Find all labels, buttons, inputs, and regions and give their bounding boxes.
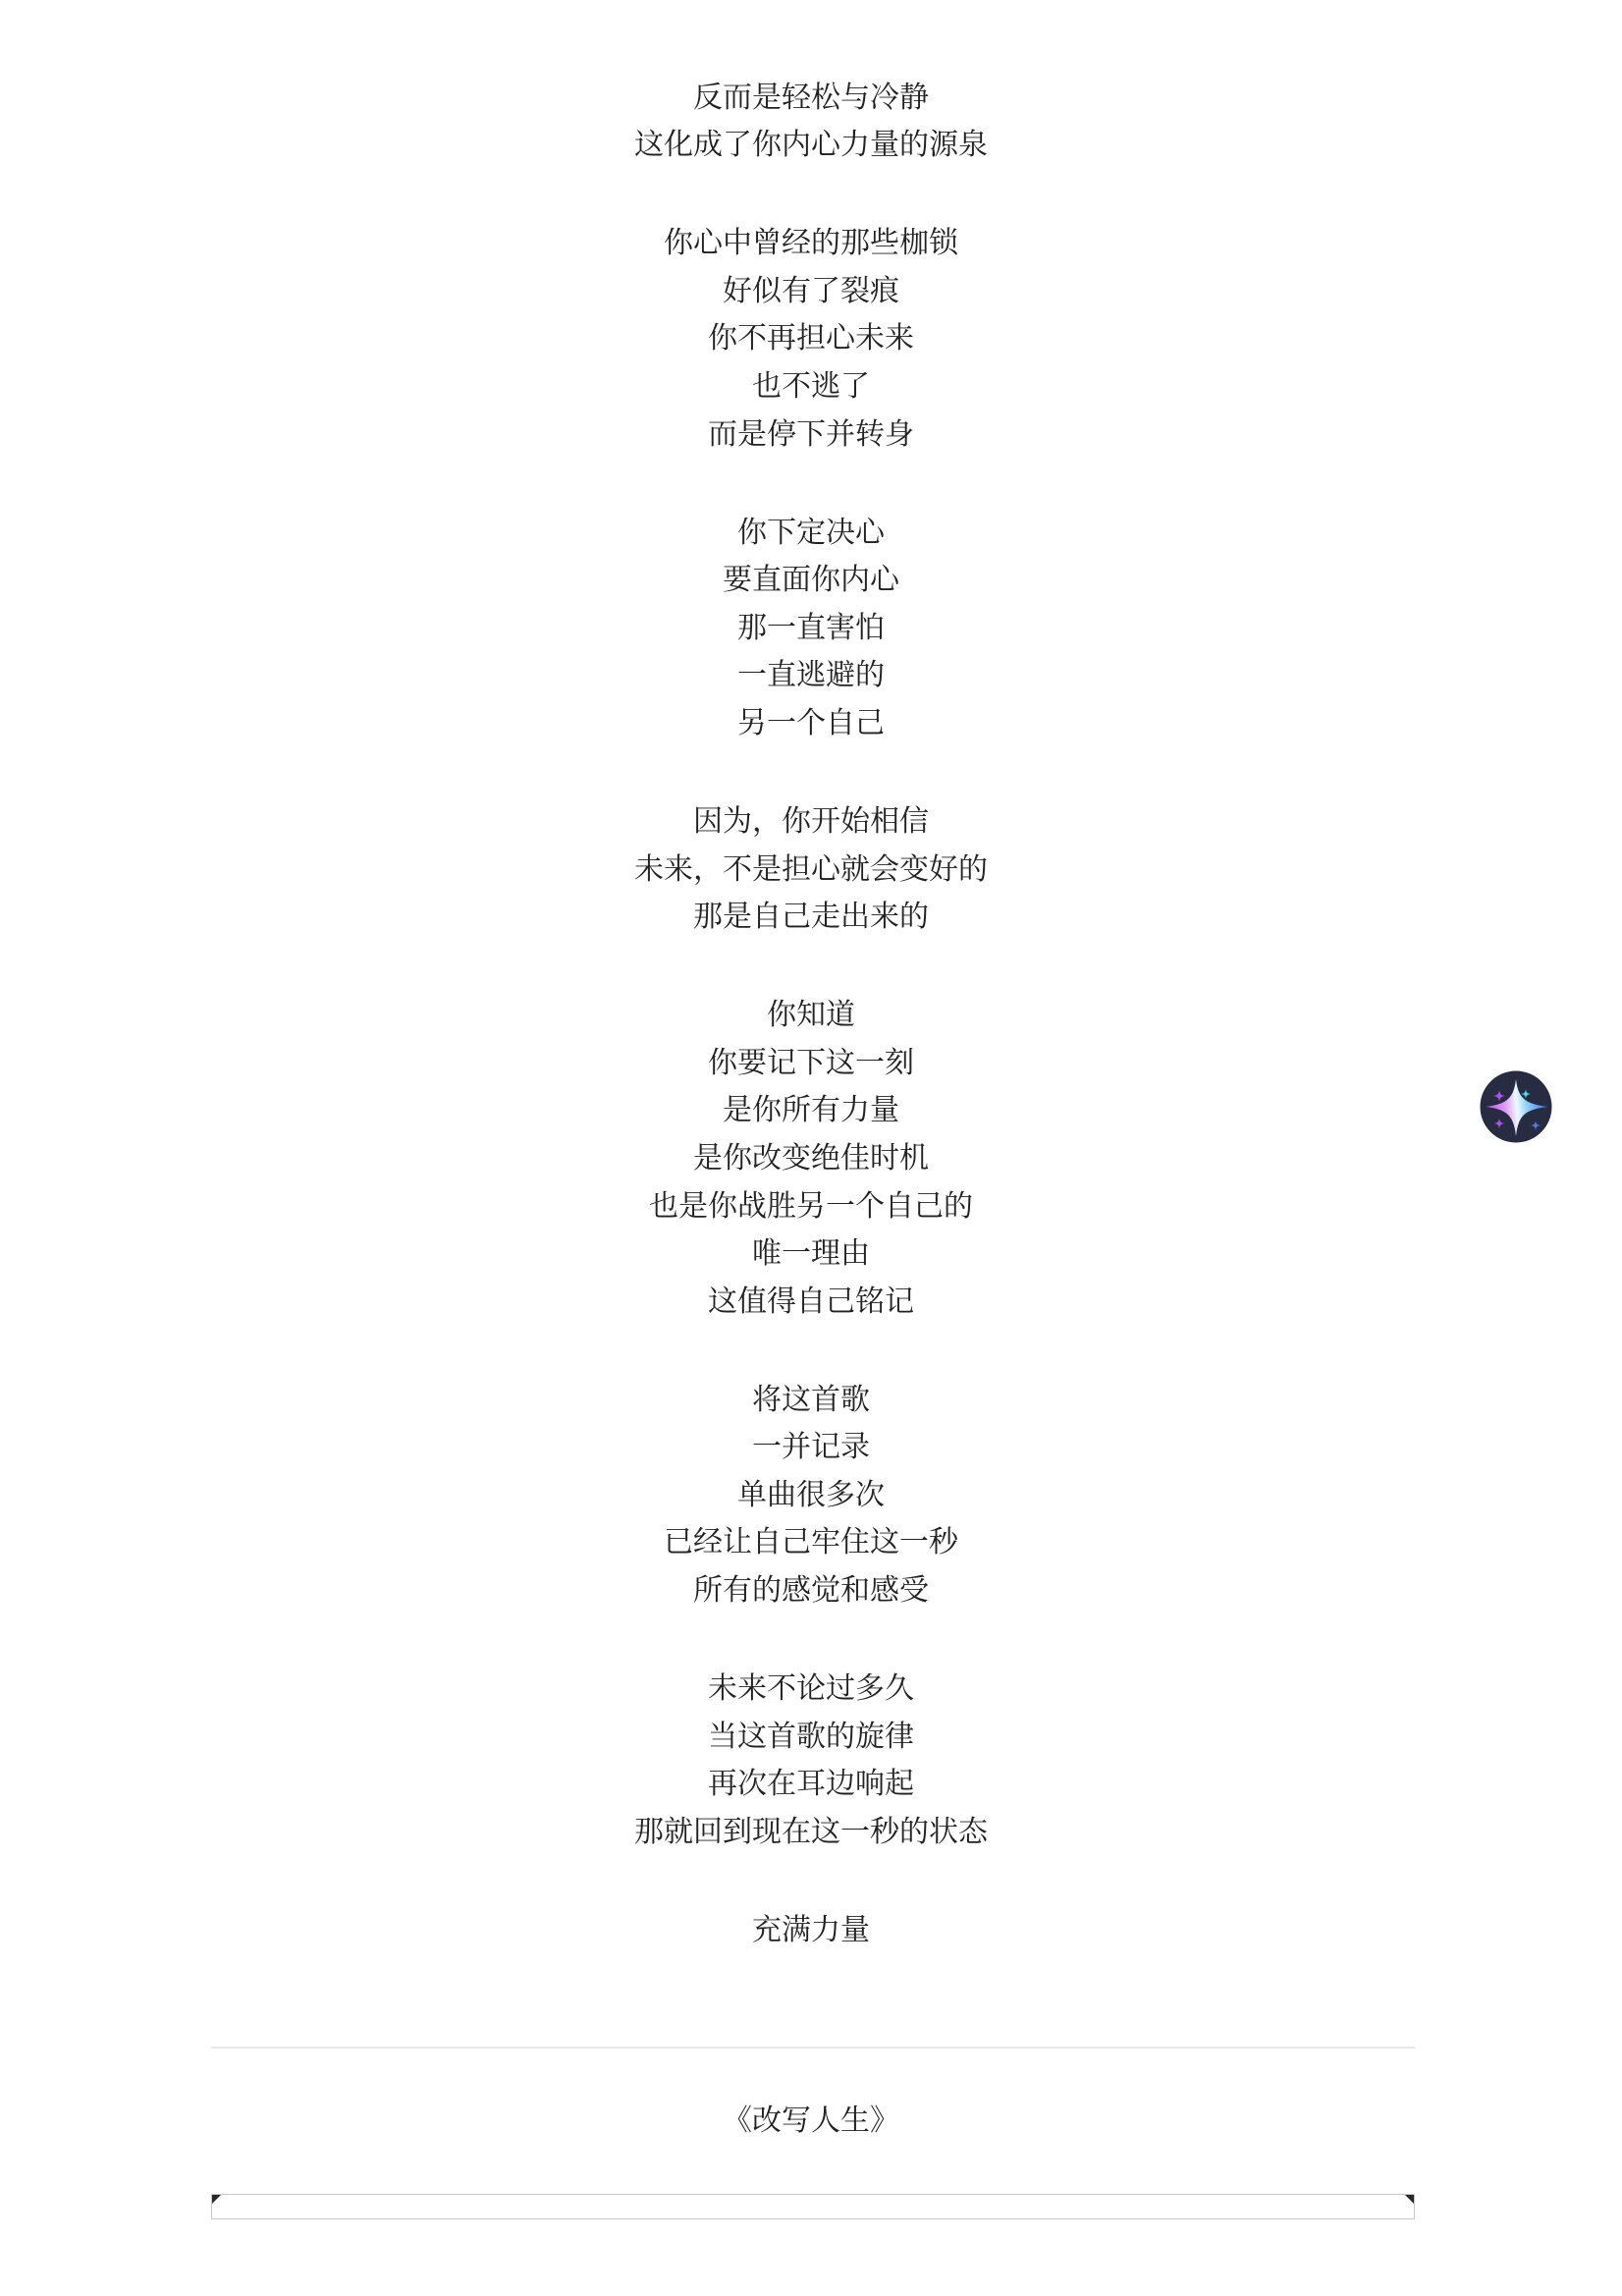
lyric-line: 反而是轻松与冷静: [0, 75, 1622, 123]
lyric-line: 也不逃了: [0, 363, 1622, 411]
lyric-line: 未来，不是担心就会变好的: [0, 847, 1622, 895]
lyric-line: 唯一理由: [0, 1230, 1622, 1279]
lyric-line: 再次在耳边响起: [0, 1761, 1622, 1809]
lyric-line: 那一直害怕: [0, 605, 1622, 653]
lyric-line: 这化成了你内心力量的源泉: [0, 122, 1622, 170]
lyric-line: 是你改变绝佳时机: [0, 1135, 1622, 1183]
lyric-line: 那是自己走出来的: [0, 894, 1622, 942]
stanza: 充满力量: [0, 1907, 1622, 1955]
lyric-line: 因为，你开始相信: [0, 798, 1622, 847]
lyric-line: 将这首歌: [0, 1377, 1622, 1425]
song-title: 《改写人生》: [0, 2098, 1622, 2145]
corner-mark-top-right-icon: [1405, 2195, 1414, 2204]
lyric-line: 而是停下并转身: [0, 411, 1622, 460]
lyric-line: 单曲很多次: [0, 1472, 1622, 1520]
lyric-line: 一并记录: [0, 1424, 1622, 1472]
stanza: 未来不论过多久当这首歌的旋律再次在耳边响起那就回到现在这一秒的状态: [0, 1666, 1622, 1856]
lyric-line: 也是你战胜另一个自己的: [0, 1183, 1622, 1231]
lyric-line: 那就回到现在这一秒的状态: [0, 1809, 1622, 1857]
lyric-line: 是你所有力量: [0, 1087, 1622, 1135]
stanza: 反而是轻松与冷静这化成了你内心力量的源泉: [0, 75, 1622, 170]
lyric-line: 一直逃避的: [0, 652, 1622, 700]
stanza: 你心中曾经的那些枷锁好似有了裂痕你不再担心未来也不逃了而是停下并转身: [0, 220, 1622, 459]
ai-assistant-button[interactable]: [1480, 1070, 1552, 1143]
lyric-line: 充满力量: [0, 1907, 1622, 1955]
lyric-line: 所有的感觉和感受: [0, 1567, 1622, 1615]
page: { "page": { "background": "#ffffff", "te…: [0, 0, 1622, 2296]
stanza: 将这首歌一并记录单曲很多次已经让自己牢住这一秒所有的感觉和感受: [0, 1377, 1622, 1615]
lyric-line: 这值得自己铭记: [0, 1279, 1622, 1327]
lyric-line: 你下定决心: [0, 510, 1622, 558]
image-placeholder-box: [211, 2194, 1415, 2219]
section-divider: [211, 2047, 1415, 2049]
lyric-line: 已经让自己牢住这一秒: [0, 1519, 1622, 1567]
lyric-line: 好似有了裂痕: [0, 268, 1622, 316]
lyric-line: 当这首歌的旋律: [0, 1714, 1622, 1762]
lyrics-block: 反而是轻松与冷静这化成了你内心力量的源泉你心中曾经的那些枷锁好似有了裂痕你不再担…: [0, 75, 1622, 1955]
lyric-line: 你知道: [0, 992, 1622, 1040]
corner-mark-top-left-icon: [212, 2195, 221, 2204]
lyric-line: 要直面你内心: [0, 557, 1622, 605]
lyric-line: 另一个自己: [0, 700, 1622, 748]
lyric-line: 未来不论过多久: [0, 1666, 1622, 1714]
stanza: 你知道你要记下这一刻是你所有力量是你改变绝佳时机也是你战胜另一个自己的唯一理由这…: [0, 992, 1622, 1326]
stanza: 因为，你开始相信未来，不是担心就会变好的那是自己走出来的: [0, 798, 1622, 942]
sparkle-icon: [1480, 1070, 1552, 1143]
lyric-line: 你要记下这一刻: [0, 1040, 1622, 1088]
stanza: 你下定决心要直面你内心那一直害怕一直逃避的另一个自己: [0, 510, 1622, 748]
lyric-line: 你不再担心未来: [0, 315, 1622, 363]
lyric-line: 你心中曾经的那些枷锁: [0, 220, 1622, 268]
